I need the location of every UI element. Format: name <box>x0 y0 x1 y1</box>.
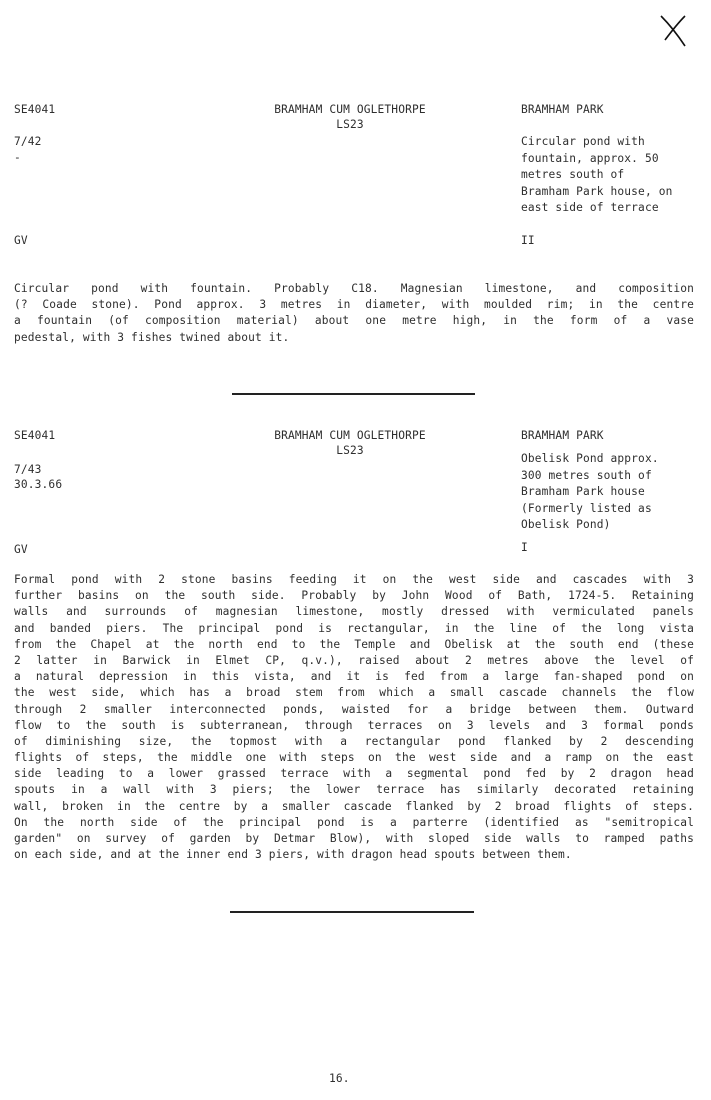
body-line: Formal pond with 2 stone basins feeding … <box>14 572 694 588</box>
entry-1-description-line: fountain, approx. 50 <box>521 151 672 168</box>
body-line: further basins on the south side. Probab… <box>14 588 694 604</box>
entry-1-grade: II <box>521 233 535 249</box>
body-line: side leading to a lower grassed terrace … <box>14 766 694 782</box>
entry-1-body: Circular pond with fountain. Probably C1… <box>14 281 694 346</box>
entry-2-date: 30.3.66 <box>14 477 62 493</box>
body-line: Circular pond with fountain. Probably C1… <box>14 281 694 297</box>
entry-1-site: BRAMHAM PARK <box>521 102 604 118</box>
body-line: of diminishing size, the topmost with a … <box>14 734 694 750</box>
entry-2-description-line: (Formerly listed as <box>521 501 659 518</box>
body-line: the west side, which has a broad stem fr… <box>14 685 694 701</box>
entry-2-description-line: Obelisk Pond approx. <box>521 451 659 468</box>
body-line: flights of steps, the middle one with st… <box>14 750 694 766</box>
entry-1-description-line: Circular pond with <box>521 134 672 151</box>
body-line: wall, broken in the centre by a smaller … <box>14 799 694 815</box>
entry-2-site: BRAMHAM PARK <box>521 428 604 444</box>
entry-1-group: GV <box>14 233 28 249</box>
entry-1-description-line: Bramham Park house, on <box>521 184 672 201</box>
section-divider <box>230 911 474 913</box>
entry-1-description: Circular pond with fountain, approx. 50 … <box>521 134 672 217</box>
entry-1-description-line: metres south of <box>521 167 672 184</box>
entry-2-description-line: 300 metres south of <box>521 468 659 485</box>
entry-2-parish: BRAMHAM CUM OGLETHORPE <box>220 428 480 444</box>
entry-1-parish: BRAMHAM CUM OGLETHORPE <box>220 102 480 118</box>
entry-2-grid-ref: SE4041 <box>14 428 55 444</box>
entry-1-ref: 7/42 <box>14 134 42 150</box>
body-line: walls and surrounds of magnesian limesto… <box>14 604 694 620</box>
section-divider <box>232 393 475 395</box>
body-line: a fountain (of composition material) abo… <box>14 313 694 329</box>
entry-1-grid-ref: SE4041 <box>14 102 55 118</box>
body-line: through 2 smaller interconnected ponds, … <box>14 702 694 718</box>
entry-2-description-line: Obelisk Pond) <box>521 517 659 534</box>
body-line: on each side, and at the inner end 3 pie… <box>14 847 694 863</box>
body-line: pedestal, with 3 fishes twined about it. <box>14 330 694 346</box>
entry-1-description-line: east side of terrace <box>521 200 672 217</box>
body-line: On the north side of the principal pond … <box>14 815 694 831</box>
entry-1-date: - <box>14 150 21 166</box>
entry-2-ref: 7/43 <box>14 462 42 478</box>
handwritten-x-mark-icon <box>655 8 695 48</box>
body-line: from the Chapel at the north end to the … <box>14 637 694 653</box>
entry-2-group: GV <box>14 542 28 558</box>
page-number: 16. <box>329 1071 350 1087</box>
body-line: (? Coade stone). Pond approx. 3 metres i… <box>14 297 694 313</box>
entry-2-description-line: Bramham Park house <box>521 484 659 501</box>
body-line: garden" on survey of garden by Detmar Bl… <box>14 831 694 847</box>
entry-2-grade: I <box>521 540 528 556</box>
body-line: and banded piers. The principal pond is … <box>14 621 694 637</box>
body-line: spouts in a wall with 3 piers; the lower… <box>14 782 694 798</box>
body-line: flow to the south is subterranean, throu… <box>14 718 694 734</box>
entry-2-body: Formal pond with 2 stone basins feeding … <box>14 572 694 863</box>
body-line: a natural depression in this vista, and … <box>14 669 694 685</box>
entry-2-description: Obelisk Pond approx. 300 metres south of… <box>521 451 659 534</box>
body-line: 2 latter in Barwick in Elmet CP, q.v.), … <box>14 653 694 669</box>
entry-2-postcode: LS23 <box>220 443 480 459</box>
entry-1-postcode: LS23 <box>220 117 480 133</box>
